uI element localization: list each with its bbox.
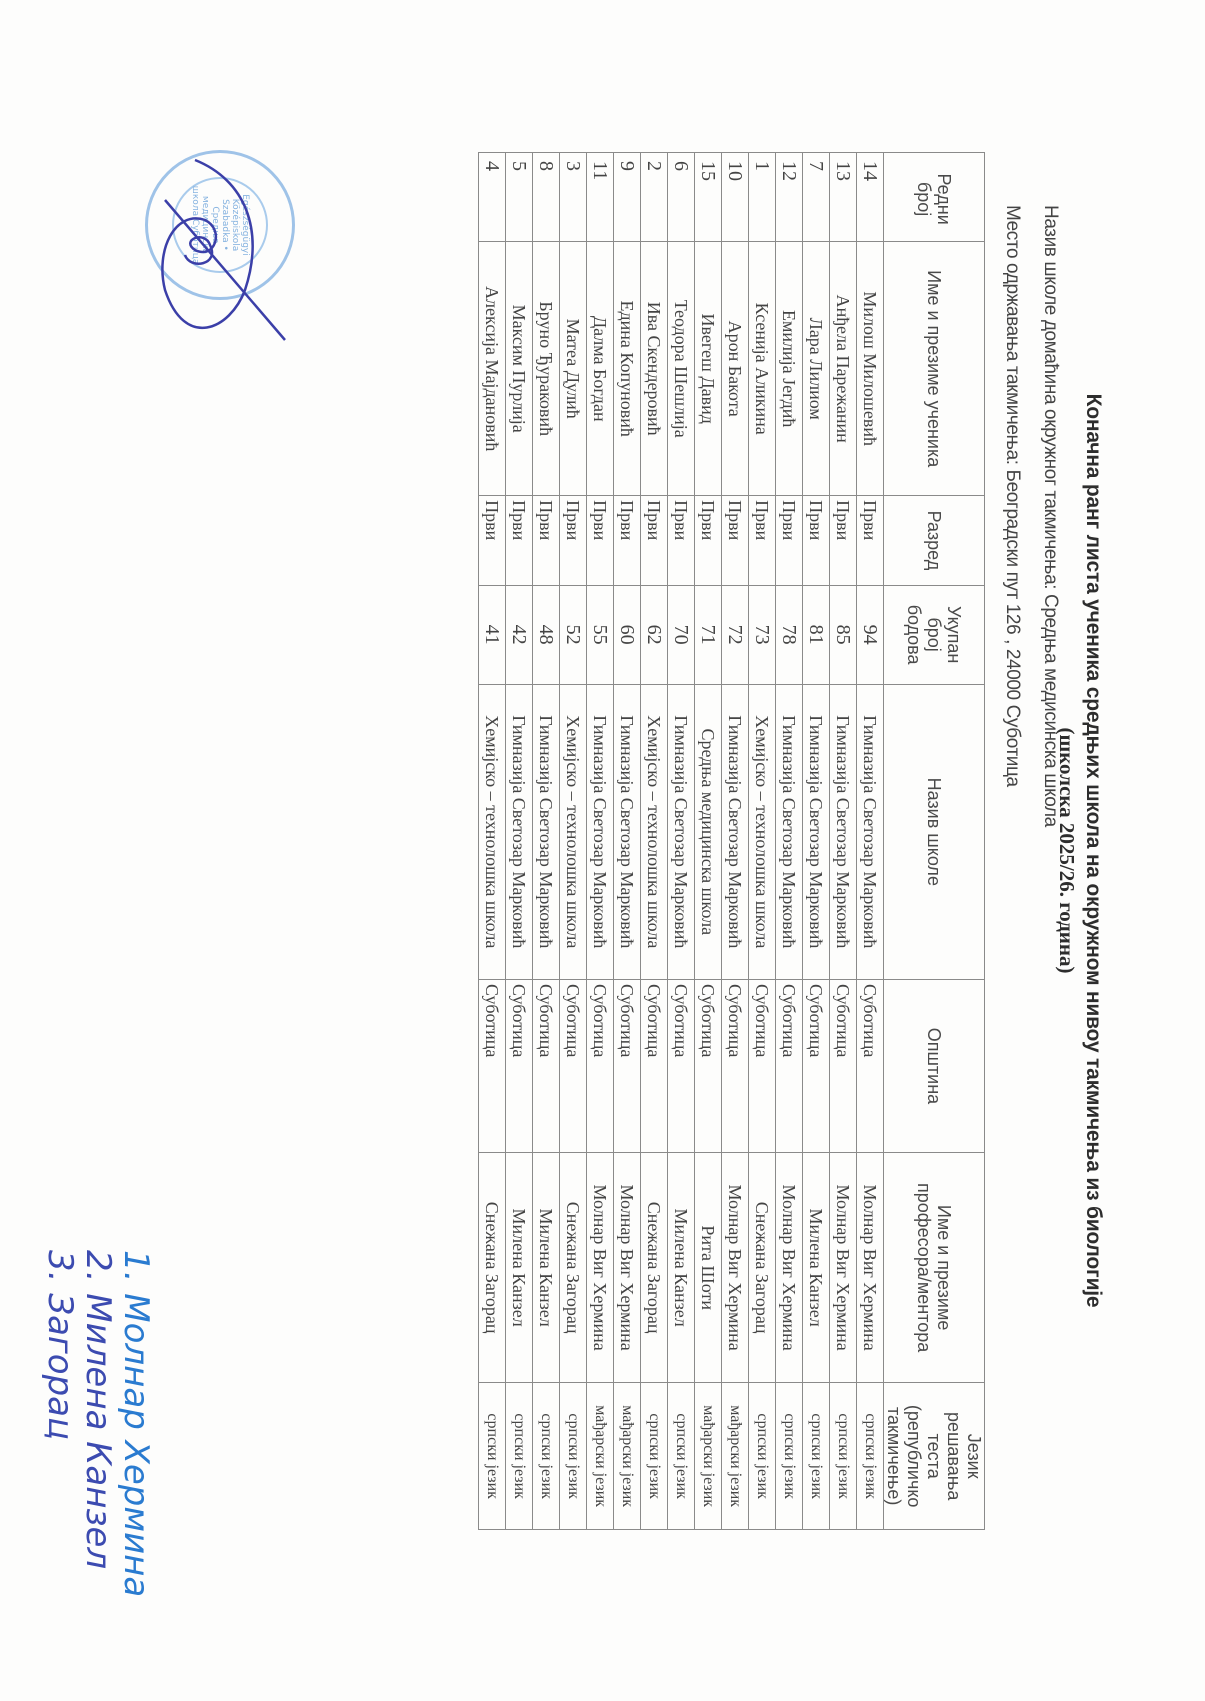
cell-mentor: Молнар Виг Хермина — [776, 1152, 803, 1382]
table-row: 1Ксенија АликинаПрви73Хемијско – техноло… — [749, 153, 776, 1530]
venue-label: Место одржавања такмичења: Београдски пу… — [1001, 205, 1023, 787]
cell-school: Хемијско – технолошка школа — [641, 684, 668, 979]
cell-student-name: Емилија Јегдић — [776, 242, 803, 496]
cell-mentor: Молнар Виг Хермина — [857, 1152, 884, 1382]
cell-municipality: Суботица — [641, 980, 668, 1153]
cell-student-name: Максим Пурлија — [506, 242, 533, 496]
cell-language: српски језик — [560, 1383, 587, 1530]
cell-mentor: Снежана Загорац — [560, 1152, 587, 1382]
table-row: 14Милош МилошевићПрви94Гимназија Светоза… — [857, 153, 884, 1530]
cell-school: Гимназија Светозар Марковић — [830, 684, 857, 979]
cell-municipality: Суботица — [587, 980, 614, 1153]
table-row: 13Анђела ПарежанинПрви85Гимназија Светоз… — [830, 153, 857, 1530]
cell-grade: Први — [749, 496, 776, 586]
cell-grade: Први — [641, 496, 668, 586]
header-mentor: Име и презиме професора/ментора — [884, 1152, 985, 1382]
cell-grade: Први — [803, 496, 830, 586]
cell-points: 41 — [479, 585, 506, 684]
header-municipality: Општина — [884, 980, 985, 1153]
cell-student-name: Далма Богдан — [587, 242, 614, 496]
cell-rank: 7 — [803, 153, 830, 242]
cell-mentor: Милена Канзел — [506, 1152, 533, 1382]
cell-grade: Први — [614, 496, 641, 586]
cell-rank: 15 — [695, 153, 722, 242]
cell-grade: Први — [668, 496, 695, 586]
cell-student-name: Теодора Шешлија — [668, 242, 695, 496]
cell-student-name: Бруно Ђураковић — [533, 242, 560, 496]
cell-school: Гимназија Светозар Марковић — [722, 684, 749, 979]
cell-school: Гимназија Светозар Марковић — [803, 684, 830, 979]
cell-rank: 14 — [857, 153, 884, 242]
cell-points: 48 — [533, 585, 560, 684]
cell-points: 70 — [668, 585, 695, 684]
cell-rank: 4 — [479, 153, 506, 242]
director-signature-icon — [135, 140, 305, 370]
cell-municipality: Суботица — [803, 980, 830, 1153]
document-page: Коначна ранг листа ученика средњих школа… — [0, 0, 1205, 1701]
cell-municipality: Суботица — [830, 980, 857, 1153]
cell-grade: Први — [479, 496, 506, 586]
cell-student-name: Анђела Парежанин — [830, 242, 857, 496]
cell-grade: Први — [560, 496, 587, 586]
cell-student-name: Едина Копуновић — [614, 242, 641, 496]
cell-student-name: Арон Бакота — [722, 242, 749, 496]
header-school: Назив школе — [884, 684, 985, 979]
header-name: Име и презиме ученика — [884, 242, 985, 496]
cell-municipality: Суботица — [533, 980, 560, 1153]
cell-student-name: Ксенија Аликина — [749, 242, 776, 496]
cell-language: српски језик — [857, 1383, 884, 1530]
cell-mentor: Молнар Виг Хермина — [722, 1152, 749, 1382]
cell-rank: 1 — [749, 153, 776, 242]
cell-language: мађарски језик — [695, 1383, 722, 1530]
cell-municipality: Суботица — [614, 980, 641, 1153]
cell-language: српски језик — [749, 1383, 776, 1530]
cell-student-name: Ивегеш Давид — [695, 242, 722, 496]
cell-municipality: Суботица — [506, 980, 533, 1153]
cell-municipality: Суботица — [776, 980, 803, 1153]
cell-rank: 11 — [587, 153, 614, 242]
cell-school: Гимназија Светозар Марковић — [533, 684, 560, 979]
table-row: 5Максим ПурлијаПрви42Гимназија Светозар … — [506, 153, 533, 1530]
cell-points: 71 — [695, 585, 722, 684]
cell-school: Гимназија Светозар Марковић — [668, 684, 695, 979]
cell-grade: Први — [695, 496, 722, 586]
cell-mentor: Снежана Загорац — [641, 1152, 668, 1382]
cell-grade: Први — [830, 496, 857, 586]
cell-municipality: Суботица — [668, 980, 695, 1153]
cell-points: 60 — [614, 585, 641, 684]
cell-school: Гимназија Светозар Марковић — [587, 684, 614, 979]
cell-rank: 12 — [776, 153, 803, 242]
cell-language: српски језик — [803, 1383, 830, 1530]
commission-signatures: 1. Молнар Хермина 2. Милена Канзел 3. За… — [41, 1250, 155, 1597]
cell-points: 94 — [857, 585, 884, 684]
cell-language: српски језик — [506, 1383, 533, 1530]
cell-student-name: Матеа Дулић — [560, 242, 587, 496]
cell-grade: Први — [506, 496, 533, 586]
cell-points: 42 — [506, 585, 533, 684]
cell-school: Гимназија Светозар Марковић — [776, 684, 803, 979]
cell-municipality: Суботица — [695, 980, 722, 1153]
table-row: 11Далма БогданПрви55Гимназија Светозар М… — [587, 153, 614, 1530]
cell-student-name: Милош Милошевић — [857, 242, 884, 496]
cell-student-name: Ива Скендеровић — [641, 242, 668, 496]
table-row: 4Алексија МајдановићПрви41Хемијско – тех… — [479, 153, 506, 1530]
cell-school: Средња медицинска школа — [695, 684, 722, 979]
cell-grade: Први — [776, 496, 803, 586]
cell-municipality: Суботица — [722, 980, 749, 1153]
cell-language: српски језик — [776, 1383, 803, 1530]
cell-rank: 10 — [722, 153, 749, 242]
signature-2: 2. Милена Канзел — [79, 1250, 117, 1597]
cell-mentor: Молнар Виг Хермина — [830, 1152, 857, 1382]
table-row: 15Ивегеш ДавидПрви71Средња медицинска шк… — [695, 153, 722, 1530]
rank-list-table: Редни број Име и презиме ученика Разред … — [478, 152, 985, 1530]
cell-language: мађарски језик — [614, 1383, 641, 1530]
cell-points: 78 — [776, 585, 803, 684]
cell-language: мађарски језик — [722, 1383, 749, 1530]
host-school-label: Назив школе домаћина окружног такмичења:… — [1039, 205, 1061, 827]
cell-student-name: Лара Лилиом — [803, 242, 830, 496]
cell-points: 85 — [830, 585, 857, 684]
cell-points: 52 — [560, 585, 587, 684]
cell-rank: 2 — [641, 153, 668, 242]
cell-rank: 9 — [614, 153, 641, 242]
cell-rank: 6 — [668, 153, 695, 242]
cell-grade: Први — [587, 496, 614, 586]
cell-points: 62 — [641, 585, 668, 684]
cell-language: српски језик — [479, 1383, 506, 1530]
cell-grade: Први — [722, 496, 749, 586]
cell-points: 81 — [803, 585, 830, 684]
signature-3: 3. Загорац — [41, 1250, 79, 1597]
cell-municipality: Суботица — [857, 980, 884, 1153]
table-row: 9Едина КопуновићПрви60Гимназија Светозар… — [614, 153, 641, 1530]
cell-mentor: Милена Канзел — [803, 1152, 830, 1382]
header-rank: Редни број — [884, 153, 985, 242]
cell-mentor: Снежана Загорац — [479, 1152, 506, 1382]
table-row: 7Лара ЛилиомПрви81Гимназија Светозар Мар… — [803, 153, 830, 1530]
cell-language: српски језик — [641, 1383, 668, 1530]
cell-school: Гимназија Светозар Марковић — [614, 684, 641, 979]
cell-points: 72 — [722, 585, 749, 684]
cell-mentor: Рита Шоти — [695, 1152, 722, 1382]
cell-language: српски језик — [668, 1383, 695, 1530]
cell-mentor: Милена Канзел — [533, 1152, 560, 1382]
header-grade: Разред — [884, 496, 985, 586]
cell-municipality: Суботица — [560, 980, 587, 1153]
cell-mentor: Молнар Виг Хермина — [614, 1152, 641, 1382]
document-title: Коначна ранг листа ученика средњих школа… — [1081, 0, 1105, 1701]
table-row: 2Ива СкендеровићПрви62Хемијско – техноло… — [641, 153, 668, 1530]
cell-school: Гимназија Светозар Марковић — [506, 684, 533, 979]
cell-rank: 8 — [533, 153, 560, 242]
cell-municipality: Суботица — [749, 980, 776, 1153]
cell-points: 55 — [587, 585, 614, 684]
cell-grade: Први — [857, 496, 884, 586]
cell-language: мађарски језик — [587, 1383, 614, 1530]
cell-points: 73 — [749, 585, 776, 684]
table-row: 8Бруно ЂураковићПрви48Гимназија Светозар… — [533, 153, 560, 1530]
header-language: Језик решавања теста (републичко такмиче… — [884, 1383, 985, 1530]
cell-school: Хемијско – технолошка школа — [749, 684, 776, 979]
cell-rank: 3 — [560, 153, 587, 242]
cell-student-name: Алексија Мајдановић — [479, 242, 506, 496]
cell-language: српски језик — [533, 1383, 560, 1530]
table-row: 6Теодора ШешлијаПрви70Гимназија Светозар… — [668, 153, 695, 1530]
cell-school: Хемијско – технолошка школа — [560, 684, 587, 979]
cell-school: Гимназија Светозар Марковић — [857, 684, 884, 979]
table-header-row: Редни број Име и презиме ученика Разред … — [884, 153, 985, 1530]
cell-rank: 5 — [506, 153, 533, 242]
cell-school: Хемијско – технолошка школа — [479, 684, 506, 979]
cell-mentor: Снежана Загорац — [749, 1152, 776, 1382]
cell-grade: Први — [533, 496, 560, 586]
cell-municipality: Суботица — [479, 980, 506, 1153]
cell-language: српски језик — [830, 1383, 857, 1530]
cell-mentor: Молнар Виг Хермина — [587, 1152, 614, 1382]
header-points: Укупан број бодова — [884, 585, 985, 684]
cell-rank: 13 — [830, 153, 857, 242]
table-row: 3Матеа ДулићПрви52Хемијско – технолошка … — [560, 153, 587, 1530]
signature-1: 1. Молнар Хермина — [117, 1250, 155, 1597]
table-row: 12Емилија ЈегдићПрви78Гимназија Светозар… — [776, 153, 803, 1530]
cell-mentor: Милена Канзел — [668, 1152, 695, 1382]
table-row: 10Арон БакотаПрви72Гимназија Светозар Ма… — [722, 153, 749, 1530]
